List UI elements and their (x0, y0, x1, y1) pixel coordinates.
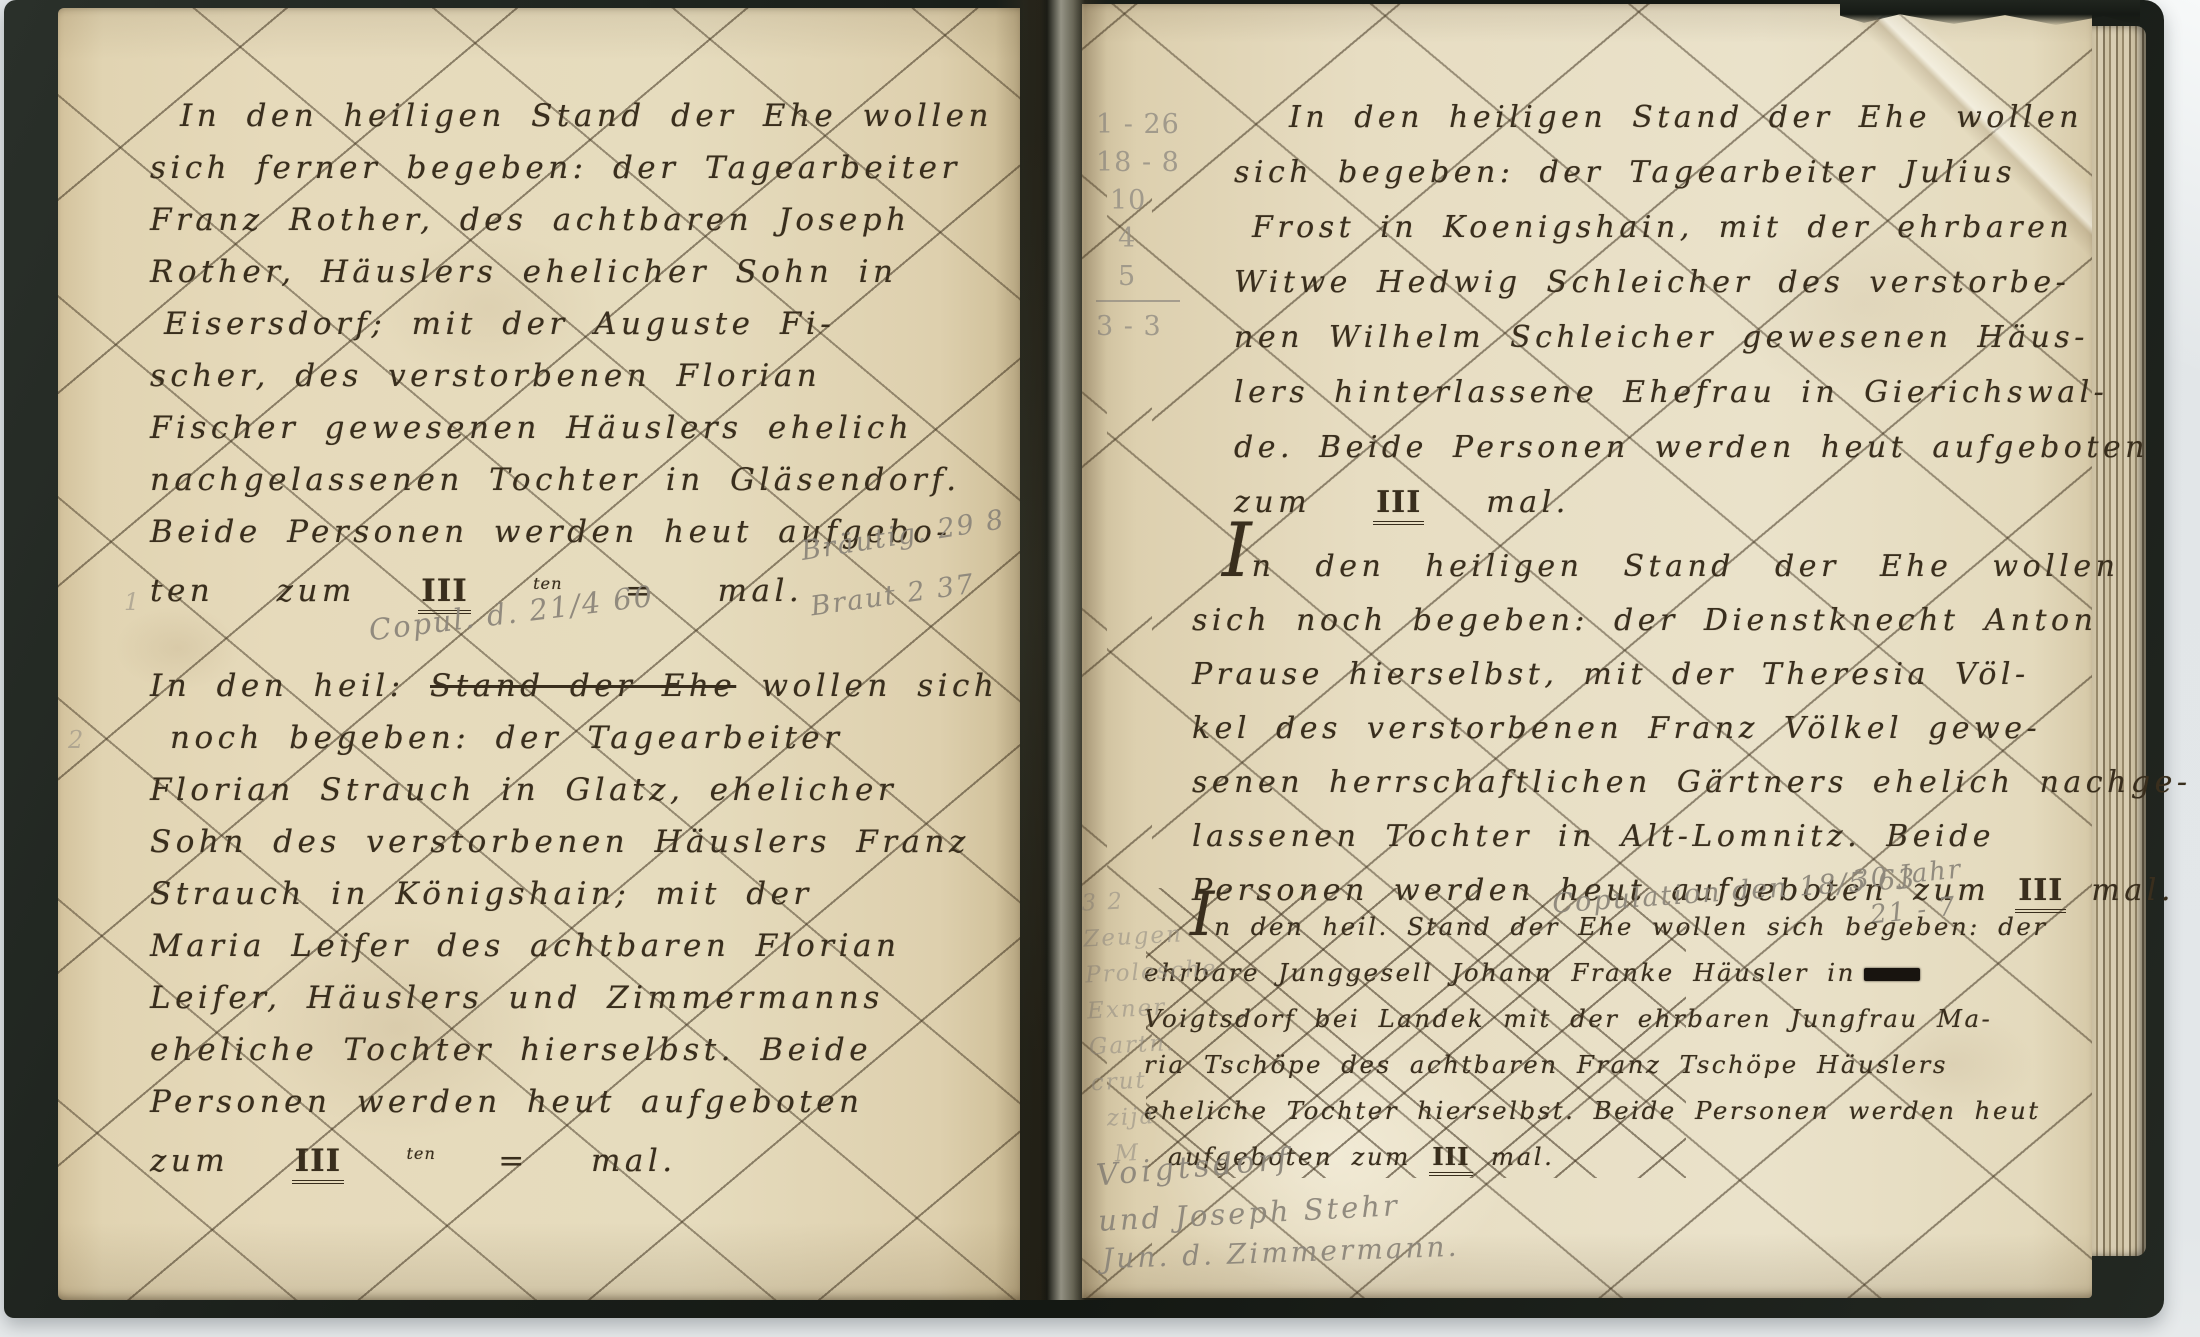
ink-blot (1864, 968, 1920, 981)
struck-text: Stand der Ehe (430, 668, 736, 704)
roman-numeral-three: III (292, 1143, 345, 1184)
manuscript-line: sich ferner begeben: der Tagearbeiter (150, 142, 993, 194)
manuscript-line: Maria Leifer des achtbaren Florian (150, 920, 998, 972)
manuscript-line: eheliche Tochter hierselbst. Beide (150, 1024, 998, 1076)
pencil-note-witness-occupation: Jun. d. Zimmermann. (1102, 1230, 1460, 1275)
manuscript-line: Leifer, Häuslers und Zimmermanns (150, 972, 998, 1024)
manuscript-line: scher, des verstorbenen Florian (150, 350, 993, 402)
manuscript-line: lassenen Tochter in Alt-Lomnitz. Beide (1192, 810, 2192, 864)
pencil-arithmetic-column: 1 - 26 18 - 8 10 4 5 3 - 3 (1096, 106, 1180, 346)
sum-line: 4 (1096, 220, 1180, 258)
manuscript-line-banns-count: zum III mal. (1234, 475, 2149, 530)
manuscript-line: eheliche Tochter hierselbst. Beide Perso… (1144, 1088, 2048, 1134)
manuscript-line: In den heiligen Stand der Ehe wollen (1192, 540, 2192, 594)
banns-count-suffix: mal. (2091, 873, 2174, 908)
sum-line: 18 - 8 (1096, 144, 1180, 182)
margin-note: Prolesche (1084, 951, 1218, 994)
manuscript-line: ria Tschöpe des achtbaren Franz Tschöpe … (1144, 1042, 2048, 1088)
manuscript-line: Franz Rother, des achtbaren Joseph (150, 194, 993, 246)
manuscript-line: Eisersdorf; mit der Auguste Fi- (150, 298, 993, 350)
manuscript-line: de. Beide Personen werden heut aufgebote… (1234, 420, 2149, 475)
sum-line: 5 (1096, 258, 1180, 296)
banns-count-suffix: mal. (1491, 1142, 1554, 1171)
scanned-register-spread: { "colors": { "paper": "#e6dabb", "cover… (0, 0, 2200, 1337)
banns-entry-prause-voelkel: In den heiligen Stand der Ehe wollen sic… (1192, 540, 2192, 918)
manuscript-line: Voigtsdorf bei Landek mit der ehrbaren J… (1144, 996, 2048, 1042)
manuscript-line: lers hinterlassene Ehefrau in Gierichswa… (1234, 365, 2149, 420)
manuscript-line: Fischer gewesenen Häuslers ehelich (150, 402, 993, 454)
manuscript-line: sich begeben: der Tagearbeiter Julius (1234, 145, 2149, 200)
roman-numeral-three: III (1429, 1142, 1472, 1176)
manuscript-line: nen Wilhelm Schleicher gewesenen Häus- (1234, 310, 2149, 365)
manuscript-line: sich noch begeben: der Dienstknecht Anto… (1192, 594, 2192, 648)
manuscript-line: Strauch in Königshain; mit der (150, 868, 998, 920)
manuscript-line: Witwe Hedwig Schleicher des verstorbe- (1234, 255, 2149, 310)
manuscript-line: In den heiligen Stand der Ehe wollen (150, 90, 993, 142)
manuscript-line: Frost in Koenigshain, mit der ehrbaren (1234, 200, 2149, 255)
manuscript-line: noch begeben: der Tagearbeiter (150, 712, 998, 764)
pencil-margin-mark-2: 2 (68, 726, 85, 754)
manuscript-line: Rother, Häuslers ehelicher Sohn in (150, 246, 993, 298)
manuscript-line-banns-count: zum III ten = mal. (150, 1128, 998, 1187)
line-suffix: wollen sich (736, 668, 998, 704)
manuscript-line: kel des verstorbenen Franz Völkel gewe- (1192, 702, 2192, 756)
banns-count-prefix: ten zum (150, 573, 356, 609)
manuscript-line: senen herrschaftlichen Gärtners ehelich … (1192, 756, 2192, 810)
banns-count-suffix: = mal. (498, 1143, 676, 1179)
banns-entry-frost-schleicher: In den heiligen Stand der Ehe wollen sic… (1234, 90, 2149, 530)
banns-count-prefix: zum (150, 1143, 229, 1179)
manuscript-line: Florian Strauch in Glatz, ehelicher (150, 764, 998, 816)
right-page: 1 - 26 18 - 8 10 4 5 3 - 3 In den heilig… (1082, 4, 2092, 1298)
pencil-note-witness-name: und Joseph Stehr (1097, 1188, 1400, 1238)
sum-line: 10 (1096, 182, 1180, 220)
manuscript-line: Prause hierselbst, mit der Theresia Völ- (1192, 648, 2192, 702)
ordinal-superscript: ten (406, 1144, 435, 1163)
pencil-margin-mark-1: 1 (124, 588, 141, 616)
manuscript-line-with-blot: ehrbare Junggesell Johann Franke Häusler… (1144, 950, 2048, 996)
banns-entry-strauch-leifer: In den heil: Stand der Ehe wollen sich n… (150, 660, 998, 1187)
pencil-margin-witness-notes: 3 2 Zeugen Prolesche Exner Gartn. crut z… (1081, 879, 1228, 1174)
manuscript-line: Personen werden heut aufgeboten (150, 1076, 998, 1128)
roman-numeral-three: III (1373, 485, 1424, 525)
manuscript-line: nachgelassenen Tochter in Gläsendorf. (150, 454, 993, 506)
banns-entry-franke-tschoepe: In den heil. Stand der Ehe wollen sich b… (1144, 904, 2048, 1180)
manuscript-line-with-strikethrough: In den heil: Stand der Ehe wollen sich (150, 660, 998, 712)
manuscript-line: In den heiligen Stand der Ehe wollen (1234, 90, 2149, 145)
manuscript-line: Sohn des verstorbenen Häuslers Franz (150, 816, 998, 868)
banns-count-suffix: mal. (1486, 485, 1569, 520)
manuscript-line: In den heil. Stand der Ehe wollen sich b… (1144, 904, 2048, 950)
line-text: ehrbare Junggesell Johann Franke Häusler… (1144, 958, 1856, 987)
line-prefix: In den heil: (150, 668, 430, 704)
sum-line: 1 - 26 (1096, 106, 1180, 144)
sum-result: 3 - 3 (1096, 300, 1180, 346)
left-page: In den heiligen Stand der Ehe wollen sic… (58, 8, 1020, 1300)
